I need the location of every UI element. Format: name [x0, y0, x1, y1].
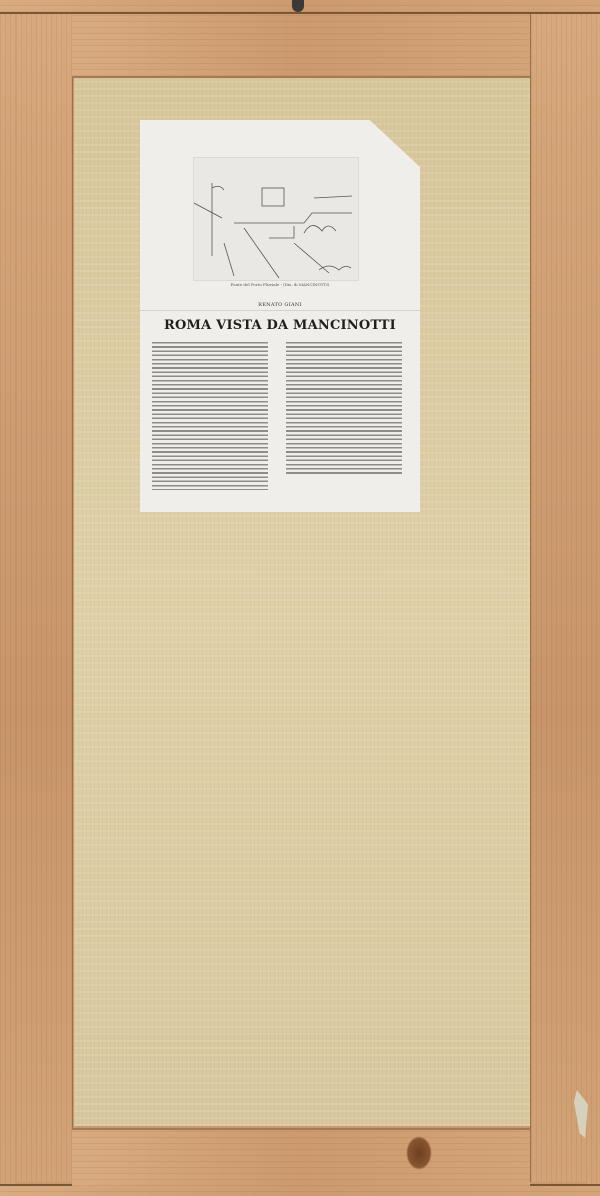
article-headline: ROMA VISTA DA MANCINOTTI [140, 318, 420, 333]
frame-outer-left [0, 0, 16, 1196]
article-column-left [152, 342, 268, 490]
stretcher-bar-bottom [72, 1128, 530, 1186]
street-sketch-icon [194, 158, 358, 280]
wood-knot [406, 1136, 432, 1170]
stretcher-bar-top [72, 14, 530, 78]
article-author: RENATO GIANI [140, 302, 420, 308]
stretcher-bar-right [530, 14, 587, 1182]
sketch-illustration [193, 157, 359, 281]
newspaper-clipping: Ponte del Porto Fluviale - (Dis. di MANC… [140, 120, 420, 512]
illustration-caption: Ponte del Porto Fluviale - (Dis. di MANC… [140, 282, 420, 287]
stretcher-bar-left [16, 14, 73, 1182]
paper-fold-line [140, 310, 420, 311]
frame-outer-right [586, 0, 600, 1196]
article-column-right [286, 342, 402, 474]
hanging-hook-icon [292, 0, 304, 12]
